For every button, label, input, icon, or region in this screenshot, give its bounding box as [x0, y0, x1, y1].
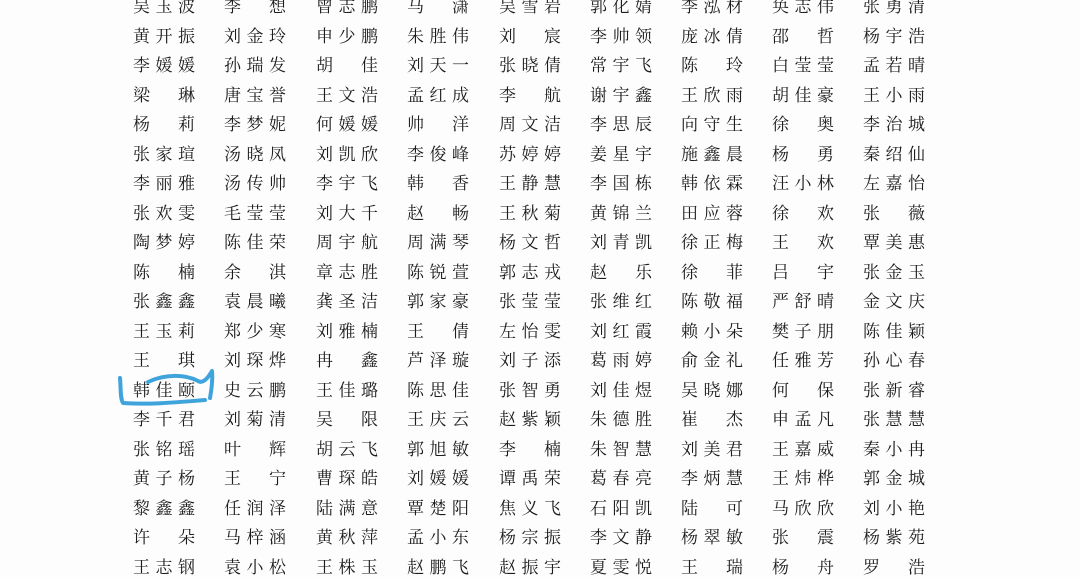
roster-name: 刘子添	[499, 348, 561, 374]
roster-name: 陈锐萱	[407, 260, 469, 286]
roster-name: 李媛媛	[133, 53, 195, 79]
roster-name: 张铭瑶	[133, 437, 195, 463]
roster-name: 谭禹荣	[499, 466, 561, 492]
roster-name: 王小雨	[863, 83, 925, 109]
roster-name: 韩 香	[407, 171, 469, 197]
roster-name: 夏雯悦	[590, 555, 652, 577]
roster-name: 梁 琳	[133, 83, 195, 109]
roster-name: 金文庆	[863, 289, 925, 315]
roster-name: 张 薇	[863, 201, 925, 227]
roster-name: 何 保	[772, 378, 834, 404]
roster-row: 王 琪刘琛烨冉 鑫芦泽璇刘子添葛雨婷俞金礼任雅芳孙心春	[133, 348, 933, 378]
roster-name: 左怡雯	[499, 319, 561, 345]
roster-row: 梁 琳唐宝誉王文浩孟红成李 航谢宇鑫王欣雨胡佳豪王小雨	[133, 83, 933, 113]
roster-row: 黄子杨王 宁曹琛皓刘媛媛谭禹荣葛春亮李炳慧王炜桦郭金城	[133, 466, 933, 496]
roster-name: 汤传帅	[224, 171, 286, 197]
roster-name: 冉 鑫	[316, 348, 378, 374]
roster-name: 苏婷婷	[499, 142, 561, 168]
roster-name: 周宇航	[316, 230, 378, 256]
roster-name: 王 瑞	[681, 555, 743, 577]
roster-name: 郭金城	[863, 466, 925, 492]
roster-name: 王炜桦	[772, 466, 834, 492]
roster-name: 王静慧	[499, 171, 561, 197]
roster-name: 王株玉	[316, 555, 378, 577]
roster-name: 黎鑫鑫	[133, 496, 195, 522]
roster-name: 左嘉怡	[863, 171, 925, 197]
roster-name: 黄开振	[133, 24, 195, 50]
roster-name: 吕 宇	[772, 260, 834, 286]
roster-name: 陆满意	[316, 496, 378, 522]
roster-name: 杨 勇	[772, 142, 834, 168]
roster-name: 杨 舟	[772, 555, 834, 577]
roster-name: 徐正梅	[681, 230, 743, 256]
roster-row: 黄开振刘金玲申少鹏朱胜伟刘 宸李帅领庞冰倩邵 哲杨宇浩	[133, 24, 933, 54]
roster-name: 姜星宇	[590, 142, 652, 168]
roster-name: 朱智慧	[590, 437, 652, 463]
roster-name: 赵紫颖	[499, 407, 561, 433]
roster-name: 芦泽璇	[407, 348, 469, 374]
roster-row: 陈 楠余 淇章志胜陈锐萱郭志戎赵 乐徐 菲吕 宇张金玉	[133, 260, 933, 290]
roster-row: 张铭瑶叶 辉胡云飞郭旭敏李 楠朱智慧刘美君王嘉威秦小冉	[133, 437, 933, 467]
roster-name: 张维红	[590, 289, 652, 315]
roster-name: 王 倩	[407, 319, 469, 345]
roster-name: 孟小东	[407, 525, 469, 551]
roster-name: 韩佳颐	[133, 378, 195, 404]
roster-name: 袁晨曦	[224, 289, 286, 315]
roster-name: 郭旭敏	[407, 437, 469, 463]
roster-name: 张欢雯	[133, 201, 195, 227]
roster-name: 焦义飞	[499, 496, 561, 522]
roster-name: 韩依霖	[681, 171, 743, 197]
roster-name: 赵 乐	[590, 260, 652, 286]
roster-name: 刘美君	[681, 437, 743, 463]
roster-name: 王志钢	[133, 555, 195, 577]
roster-name: 秦绍仙	[863, 142, 925, 168]
roster-name: 覃美惠	[863, 230, 925, 256]
roster-name: 李帅领	[590, 24, 652, 50]
roster-name: 王庆云	[407, 407, 469, 433]
roster-name: 陆 可	[681, 496, 743, 522]
roster-name: 曹琛皓	[316, 466, 378, 492]
roster-name: 刘菊清	[224, 407, 286, 433]
roster-row: 李媛媛孙瑞发胡 佳刘天一张晓倩常宇飞陈 玲白莹莹孟若晴	[133, 53, 933, 83]
roster-name: 胡 佳	[316, 53, 378, 79]
roster-row: 王玉莉郑少寒刘雅楠王 倩左怡雯刘红霞赖小朵樊子朋陈佳颖	[133, 319, 933, 349]
roster-name: 李梦妮	[224, 112, 286, 138]
roster-name: 白莹莹	[772, 53, 834, 79]
roster-name: 刘琛烨	[224, 348, 286, 374]
roster-name: 葛雨婷	[590, 348, 652, 374]
roster-name: 李 楠	[499, 437, 561, 463]
roster-name: 徐 奥	[772, 112, 834, 138]
roster-name: 申孟凡	[772, 407, 834, 433]
roster-name: 李丽雅	[133, 171, 195, 197]
roster-name: 葛春亮	[590, 466, 652, 492]
roster-name: 杨紫苑	[863, 525, 925, 551]
roster-name: 陈佳颖	[863, 319, 925, 345]
roster-name: 陈 玲	[681, 53, 743, 79]
roster-name: 庞冰倩	[681, 24, 743, 50]
roster-row: 李千君刘菊清吴 限王庆云赵紫颖朱德胜崔 杰申孟凡张慧慧	[133, 407, 933, 437]
roster-name: 严舒晴	[772, 289, 834, 315]
roster-name: 陈佳荣	[224, 230, 286, 256]
roster-name: 刘金玲	[224, 24, 286, 50]
roster-row: 陶梦婷陈佳荣周宇航周满琴杨文哲刘青凯徐正梅王 欢覃美惠	[133, 230, 933, 260]
roster-name: 孙瑞发	[224, 53, 286, 79]
roster-name: 李国栋	[590, 171, 652, 197]
roster-name: 曾志鹏	[316, 0, 378, 20]
roster-row: 王志钢袁小松王株玉赵鹏飞赵振宇夏雯悦王 瑞杨 舟罗 浩	[133, 555, 933, 577]
roster-name: 杨宗振	[499, 525, 561, 551]
roster-name: 赵 畅	[407, 201, 469, 227]
roster-name: 王文浩	[316, 83, 378, 109]
roster-name: 田应蓉	[681, 201, 743, 227]
roster-name: 刘佳煜	[590, 378, 652, 404]
roster-name: 李思辰	[590, 112, 652, 138]
roster-name: 余 淇	[224, 260, 286, 286]
roster-name: 谢宇鑫	[590, 83, 652, 109]
roster-name: 李文静	[590, 525, 652, 551]
roster-name: 张家瑄	[133, 142, 195, 168]
roster-name: 汤晓凤	[224, 142, 286, 168]
roster-row: 许 朵马梓涵黄秋萍孟小东杨宗振李文静杨翠敏张 震杨紫苑	[133, 525, 933, 555]
roster-name: 覃楚阳	[407, 496, 469, 522]
roster-name: 章志胜	[316, 260, 378, 286]
roster-name: 叶 辉	[224, 437, 286, 463]
roster-name: 吴玉波	[133, 0, 195, 20]
roster-row: 黎鑫鑫任润泽陆满意覃楚阳焦义飞石阳凯陆 可马欣欣刘小艳	[133, 496, 933, 526]
roster-name: 张 震	[772, 525, 834, 551]
roster-name: 王秋菊	[499, 201, 561, 227]
roster-name: 赵鹏飞	[407, 555, 469, 577]
roster-name: 李千君	[133, 407, 195, 433]
roster-name: 马梓涵	[224, 525, 286, 551]
roster-name: 胡佳豪	[772, 83, 834, 109]
roster-name: 黄子杨	[133, 466, 195, 492]
roster-name: 徐 菲	[681, 260, 743, 286]
roster-name: 任润泽	[224, 496, 286, 522]
roster-name: 周文洁	[499, 112, 561, 138]
roster-name: 李 想	[224, 0, 286, 20]
roster-name: 张慧慧	[863, 407, 925, 433]
roster-name: 刘大千	[316, 201, 378, 227]
roster-name: 徐 欢	[772, 201, 834, 227]
roster-row: 张家瑄汤晓凤刘凯欣李俊峰苏婷婷姜星宇施鑫晨杨 勇秦绍仙	[133, 142, 933, 172]
roster-name: 王佳璐	[316, 378, 378, 404]
roster-name: 郭化婧	[590, 0, 652, 20]
roster-name: 刘 宸	[499, 24, 561, 50]
roster-name: 刘雅楠	[316, 319, 378, 345]
roster-name: 许 朵	[133, 525, 195, 551]
roster-name: 李 航	[499, 83, 561, 109]
roster-name: 杨 莉	[133, 112, 195, 138]
roster-name: 吴 限	[316, 407, 378, 433]
roster-row: 杨 莉李梦妮何媛媛帅 洋周文洁李思辰向守生徐 奥李治城	[133, 112, 933, 142]
roster-name: 马欣欣	[772, 496, 834, 522]
roster-name: 赖小朵	[681, 319, 743, 345]
roster-row: 李丽雅汤传帅李宇飞韩 香王静慧李国栋韩依霖汪小林左嘉怡	[133, 171, 933, 201]
roster-name: 吴晓娜	[681, 378, 743, 404]
roster-name: 何媛媛	[316, 112, 378, 138]
roster-name: 郑少寒	[224, 319, 286, 345]
roster-name: 张晓倩	[499, 53, 561, 79]
roster-name: 周满琴	[407, 230, 469, 256]
roster-name: 黄秋萍	[316, 525, 378, 551]
roster-name: 王玉莉	[133, 319, 195, 345]
roster-name: 李泓材	[681, 0, 743, 20]
roster-name: 王 琪	[133, 348, 195, 374]
roster-name: 唐宝誉	[224, 83, 286, 109]
roster-name: 马 潇	[407, 0, 469, 20]
roster-name: 刘青凯	[590, 230, 652, 256]
roster-name: 郭家豪	[407, 289, 469, 315]
roster-name: 李俊峰	[407, 142, 469, 168]
roster-name: 任雅芳	[772, 348, 834, 374]
roster-name: 张莹莹	[499, 289, 561, 315]
roster-name: 石阳凯	[590, 496, 652, 522]
roster-name: 罗 浩	[863, 555, 925, 577]
roster-name: 李宇飞	[316, 171, 378, 197]
roster-name: 张鑫鑫	[133, 289, 195, 315]
roster-name: 赵振宇	[499, 555, 561, 577]
roster-name: 刘媛媛	[407, 466, 469, 492]
roster-name: 陈敬福	[681, 289, 743, 315]
roster-name: 陈思佳	[407, 378, 469, 404]
roster-name: 张勇清	[863, 0, 925, 20]
roster-name: 胡云飞	[316, 437, 378, 463]
roster-name: 帅 洋	[407, 112, 469, 138]
roster-name: 李炳慧	[681, 466, 743, 492]
roster-name: 朱德胜	[590, 407, 652, 433]
roster-name: 郭志戎	[499, 260, 561, 286]
roster-name: 邵 哲	[772, 24, 834, 50]
roster-name: 刘小艳	[863, 496, 925, 522]
roster-name: 孙心春	[863, 348, 925, 374]
roster-name: 奂志伟	[772, 0, 834, 20]
roster-name: 王欣雨	[681, 83, 743, 109]
roster-name: 毛莹莹	[224, 201, 286, 227]
roster-name: 黄锦兰	[590, 201, 652, 227]
roster-name: 张金玉	[863, 260, 925, 286]
roster-name: 王嘉威	[772, 437, 834, 463]
roster-name: 孟红成	[407, 83, 469, 109]
roster-name: 王 宁	[224, 466, 286, 492]
roster-name: 申少鹏	[316, 24, 378, 50]
roster-name: 汪小林	[772, 171, 834, 197]
roster-name: 张新睿	[863, 378, 925, 404]
roster-name: 杨文哲	[499, 230, 561, 256]
roster-name: 吴雪岩	[499, 0, 561, 20]
roster-name: 樊子朋	[772, 319, 834, 345]
roster-name: 刘凯欣	[316, 142, 378, 168]
roster-name: 俞金礼	[681, 348, 743, 374]
roster-name: 张智勇	[499, 378, 561, 404]
roster-name: 杨翠敏	[681, 525, 743, 551]
roster-name: 史云鹏	[224, 378, 286, 404]
roster-name: 陶梦婷	[133, 230, 195, 256]
roster-name: 刘红霞	[590, 319, 652, 345]
roster-name: 秦小冉	[863, 437, 925, 463]
roster-row: 韩佳颐史云鹏王佳璐陈思佳张智勇刘佳煜吴晓娜何 保张新睿	[133, 378, 933, 408]
roster-name: 王 欢	[772, 230, 834, 256]
roster-row: 张欢雯毛莹莹刘大千赵 畅王秋菊黄锦兰田应蓉徐 欢张 薇	[133, 201, 933, 231]
roster-name: 李治城	[863, 112, 925, 138]
roster-name: 龚圣洁	[316, 289, 378, 315]
roster-name: 杨宇浩	[863, 24, 925, 50]
roster-name: 刘天一	[407, 53, 469, 79]
roster-name: 袁小松	[224, 555, 286, 577]
roster-name: 朱胜伟	[407, 24, 469, 50]
roster-name: 崔 杰	[681, 407, 743, 433]
roster-row: 吴玉波李 想曾志鹏马 潇吴雪岩郭化婧李泓材奂志伟张勇清	[133, 0, 933, 24]
roster-row: 张鑫鑫袁晨曦龚圣洁郭家豪张莹莹张维红陈敬福严舒晴金文庆	[133, 289, 933, 319]
roster-name: 向守生	[681, 112, 743, 138]
scanned-document-page: 吴玉波李 想曾志鹏马 潇吴雪岩郭化婧李泓材奂志伟张勇清黄开振刘金玲申少鹏朱胜伟刘…	[0, 0, 1080, 577]
roster-name: 施鑫晨	[681, 142, 743, 168]
roster-name: 孟若晴	[863, 53, 925, 79]
roster-name: 陈 楠	[133, 260, 195, 286]
roster-name: 常宇飞	[590, 53, 652, 79]
